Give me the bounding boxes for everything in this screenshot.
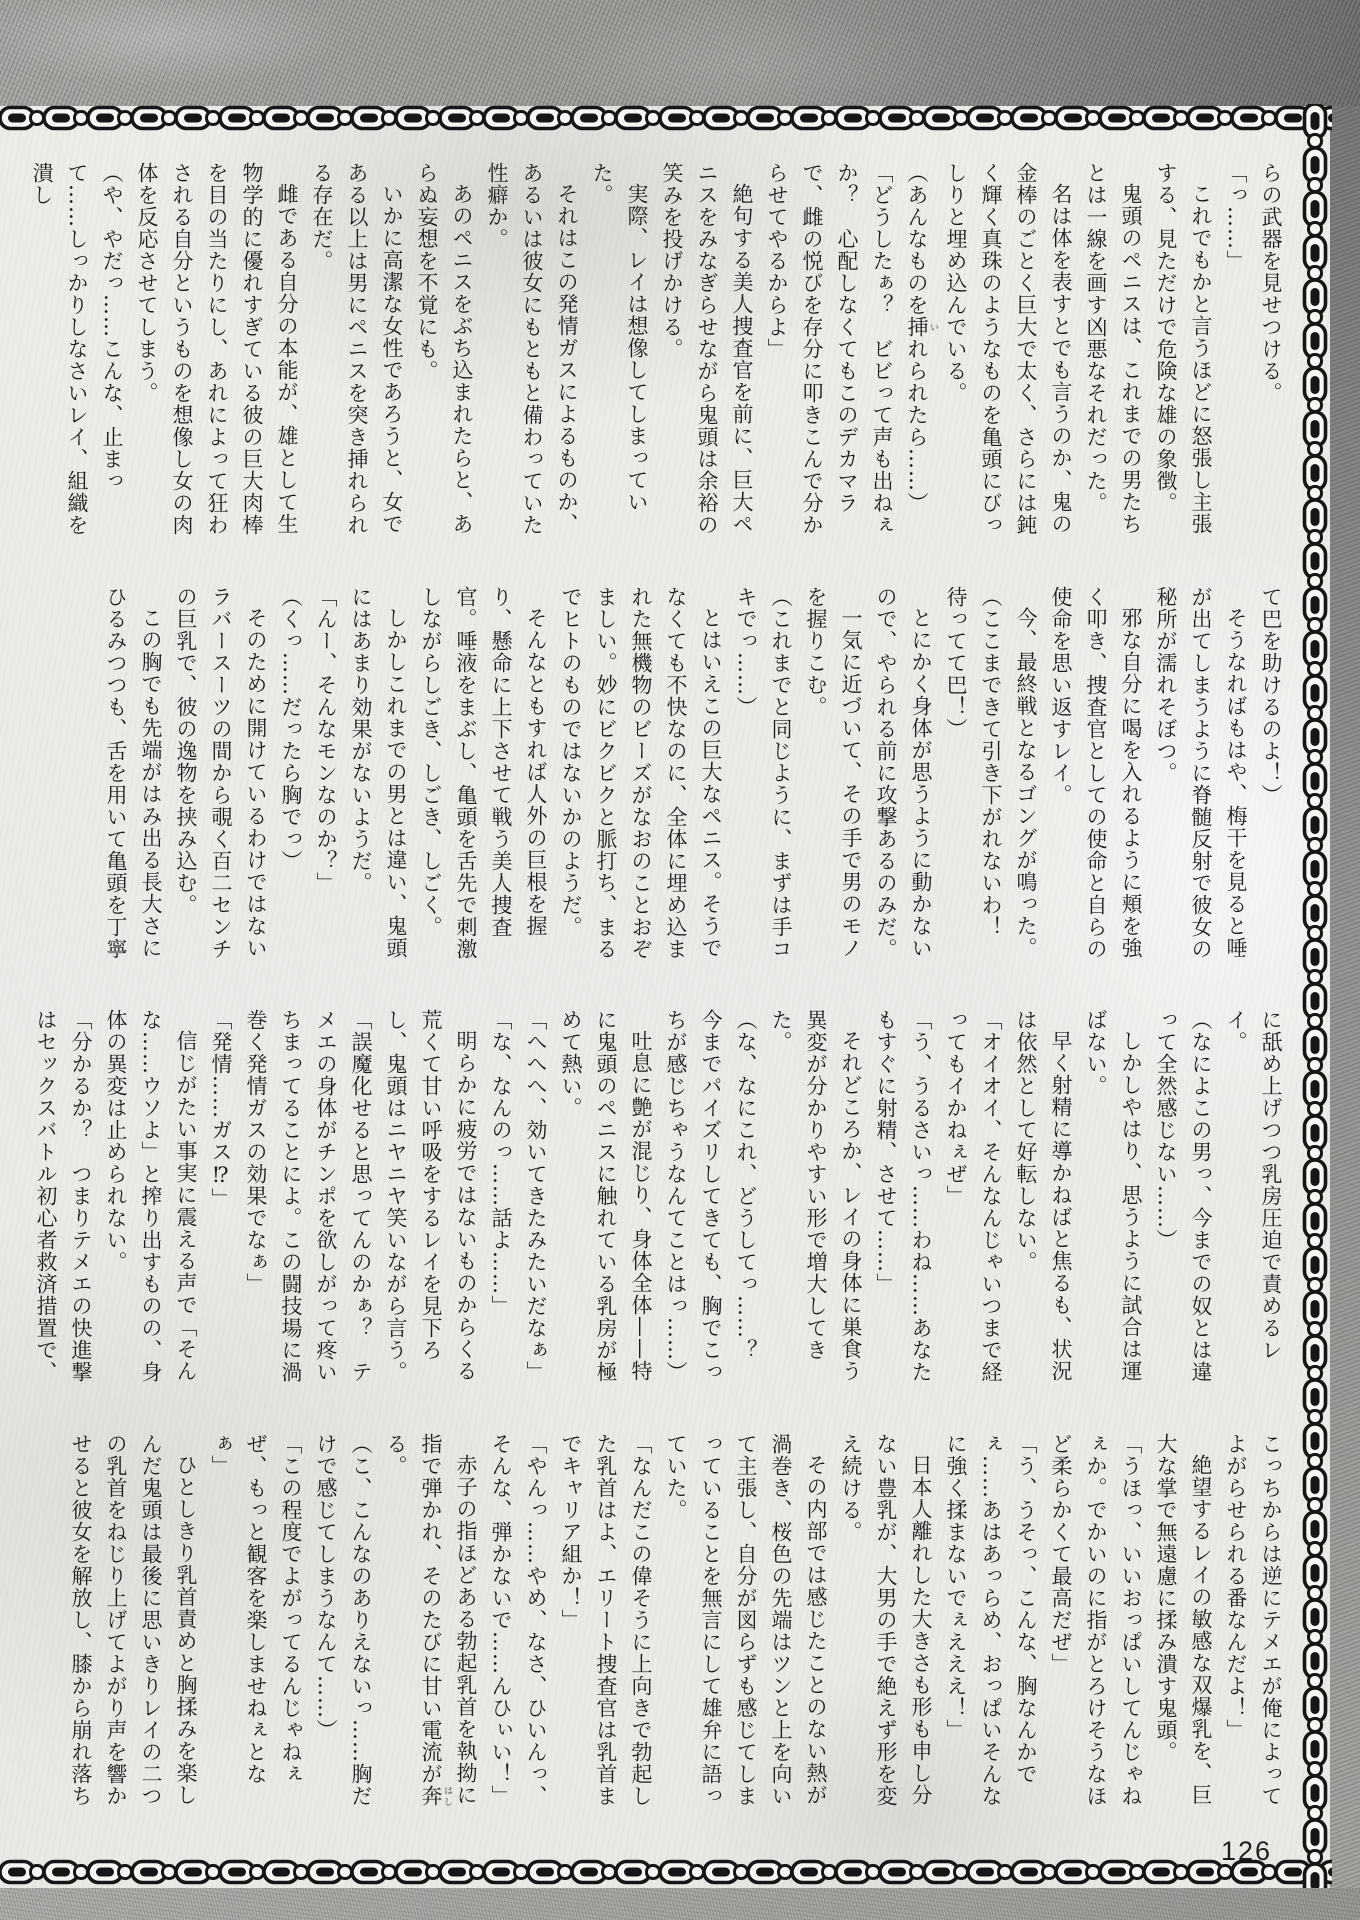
paragraph: 明らかに疲労ではないものからくる荒くて甘い呼吸をするレイを見下ろし、鬼頭はニヤニ… xyxy=(378,1009,483,1385)
paragraph: 「な、なんのっ……話よ……」 xyxy=(483,1009,518,1385)
paragraph: （あんなものを挿いれられたら……） xyxy=(899,162,938,538)
paragraph: 「どうしたぁ？ ビビって声も出ねぇか？ 心配しなくてもこのデカマラで、雌の悦びを… xyxy=(759,162,899,538)
paragraph: 実際、レイは想像してしまっていた。 xyxy=(584,162,654,538)
paragraph: 絶句する美人捜査官を前に、巨大ペニスをみなぎらせながら鬼頭は余裕の笑みを投げかけ… xyxy=(654,162,759,538)
paragraph: 「っ……」 xyxy=(1218,162,1253,538)
paragraph: ひとしきり乳首責めと胸揉みを楽しんだ鬼頭は最後に思いきりレイの二つの乳首をねじり… xyxy=(63,1433,203,1809)
paragraph: 「うほっ、いいおっぱいしてんじゃねぇか。でかいのに指がとろけそうなほど柔らかくて… xyxy=(1043,1433,1148,1809)
paragraph: 邪な自分に喝を入れるように頬を強く叩き、捜査官としての使命と自らの使命を思い返す… xyxy=(1043,586,1148,962)
paragraph: 吐息に艶が混じり、身体全体——特に鬼頭のペニスに触れている乳房が極めて熱い。 xyxy=(553,1009,658,1385)
paragraph: （ここまできて引き下がれないわ！ 待ってて巴！） xyxy=(938,586,1008,962)
paragraph: そうなればもはや、梅干を見ると唾が出てしまうように脊髄反射で彼女の秘所が濡れそぼ… xyxy=(1148,586,1253,962)
paragraph: （こ、こんなのありえないっ……胸だけで感じてしまうなんて……） xyxy=(308,1433,378,1809)
paragraph: 「へへへ、効いてきたみたいだなぁ」 xyxy=(518,1009,553,1385)
paragraph: 「誤魔化せると思ってんのかぁ？ テメエの身体がチンポを欲しがって疼いちまってるこ… xyxy=(238,1009,378,1385)
paragraph: とはいえこの巨大なペニス。そうでなくても不快なのに、全体に埋め込まれた無機物のビ… xyxy=(553,586,728,962)
paragraph: それどころか、レイの身体に巣食う異変が分かりやすい形で増大してきた。 xyxy=(763,1009,868,1385)
paragraph: （や、やだっ……こんな、止まって……しっかりしなさいレイ、組織を潰し xyxy=(24,162,129,538)
paragraph: 「う、うそっ、こんな、胸なんかでぇ……あはあっらめ、おっぱいそんなに強く揉まない… xyxy=(938,1433,1043,1809)
paragraph: 絶望するレイの敏感な双爆乳を、巨大な掌で無遠慮に揉み潰す鬼頭。 xyxy=(1148,1433,1218,1809)
paragraph: 早く射精に導かねばと焦るも、状況は依然として好転しない。 xyxy=(1008,1009,1078,1385)
paragraph: （なによこの男っ、今までの奴とは違って全然感じない……） xyxy=(1148,1009,1218,1385)
paragraph: とにかく身体が思うように動かないので、やられる前に攻撃あるのみだ。 xyxy=(868,586,938,962)
paragraph: そんなともすれば人外の巨根を握り、懸命に上下させて戦う美人捜査官。唾液をまぶし、… xyxy=(413,586,553,962)
paragraph: （これまでと同じように、まずは手コキでっ……） xyxy=(728,586,798,962)
paragraph: いかに高潔な女性であろうと、女である以上は男にペニスを突き挿れられる存在だ。 xyxy=(304,162,409,538)
paragraph: 「う、うるさいっ……わね……あなたもすぐに射精、させて……」 xyxy=(868,1009,938,1385)
paragraph: らの武器を見せつける。 xyxy=(1253,162,1288,538)
paragraph: て巴を助けるのよ！） xyxy=(1253,586,1288,962)
chain-border-top-icon xyxy=(0,104,1332,132)
paragraph: に舐め上げつつ乳房圧迫で責めるレイ。 xyxy=(1218,1009,1288,1385)
paragraph: 「発情……ガス⁉」 xyxy=(203,1009,238,1385)
paragraph: 名は体を表すとでも言うのか、鬼の金棒のごとく巨大で太く、さらには鈍く輝く真珠のよ… xyxy=(938,162,1078,538)
text-band-2: て巴を助けるのよ！）そうなればもはや、梅干を見ると唾が出てしまうように脊髄反射で… xyxy=(98,586,1288,962)
paragraph: 「なんだこの偉そうに上向きで勃起した乳首はよ、エリート捜査官は乳首までキャリア組… xyxy=(553,1433,658,1809)
text-band-3: に舐め上げつつ乳房圧迫で責めるレイ。（なによこの男っ、今までの奴とは違って全然感… xyxy=(28,1009,1288,1385)
paragraph: そのために開けているわけではないラバースーツの間から覗く百二センチの巨乳で、彼の… xyxy=(168,586,273,962)
scanned-book-page: { "page": { "number": "126", "bands": [ … xyxy=(0,0,1360,1920)
paragraph: 「この程度でよがってるんじゃねぇぜ、もっと観客を楽しませねぇとなぁ」 xyxy=(203,1433,308,1809)
text-band-1: らの武器を見せつける。「っ……」これでもかと言うほどに怒張し主張する、見ただけで… xyxy=(24,162,1288,538)
paragraph: あのペニスをぶち込まれたらと、あらぬ妄想を不覚にも。 xyxy=(409,162,479,538)
paragraph: しかしこれまでの男とは違い、鬼頭にはあまり効果がないようだ。 xyxy=(343,586,413,962)
paragraph: 信じがたい事実に震える声で「そんな……ウソよ」と搾り出すものの、身体の異変は止め… xyxy=(98,1009,203,1385)
scan-edge-texture-bottom xyxy=(0,1888,1360,1920)
paragraph: 「やんっ……やめ、なさ、ひいんっ、そんな、弾かないで……んひぃい！」 xyxy=(483,1433,553,1809)
paragraph: 今、最終戦となるゴングが鳴った。 xyxy=(1008,586,1043,962)
paragraph: しかしやはり、思うように試合は運ばない。 xyxy=(1078,1009,1148,1385)
paragraph: それはこの発情ガスによるものか、あるいは彼女にもともと備わっていた性癖か。 xyxy=(479,162,584,538)
paragraph: 一気に近づいて、その手で男のモノを握りこむ。 xyxy=(798,586,868,962)
paragraph: 「分かるか？ つまりテメエの快進撃はセックスバトル初心者救済措置で、 xyxy=(28,1009,98,1385)
paragraph: 「オイオイ、そんなんじゃいつまで経ってもイかねぇぜ」 xyxy=(938,1009,1008,1385)
paragraph: 鬼頭のペニスは、これまでの男たちとは一線を画す凶悪なそれだった。 xyxy=(1078,162,1148,538)
paragraph: 日本人離れした大きさも形も申し分ない豊乳が、大男の手で絶えず形を変え続ける。 xyxy=(833,1433,938,1809)
paragraph: 「んー、そんなモンなのか？」 xyxy=(308,586,343,962)
paragraph: こっちからは逆にテメエが俺によってよがらせられる番なんだよ！」 xyxy=(1218,1433,1288,1809)
paragraph: これでもかと言うほどに怒張し主張する、見ただけで危険な雄の象徴。 xyxy=(1148,162,1218,538)
paragraph: （な、なにこれ、どうしてっ……？ 今までパイズリしてきても、胸でこっちが感じちゃ… xyxy=(658,1009,763,1385)
scan-edge-texture-right xyxy=(1330,106,1360,1890)
chain-border-right-icon xyxy=(1301,104,1329,1888)
scan-edge-texture-top xyxy=(0,0,1360,106)
paragraph: この胸でも先端がはみ出る長大さにひるみつつも、舌を用いて亀頭を丁寧 xyxy=(98,586,168,962)
text-band-4: こっちからは逆にテメエが俺によってよがらせられる番なんだよ！」絶望するレイの敏感… xyxy=(63,1433,1288,1809)
paragraph: 雌である自分の本能が、雄として生物学的に優れすぎている彼の巨大肉棒を目の当たりに… xyxy=(129,162,304,538)
paragraph: その内部では感じたことのない熱が渦巻き、桜色の先端はツンと上を向いて主張し、自分… xyxy=(658,1433,833,1809)
chain-border-bottom-icon xyxy=(0,1858,1332,1886)
paragraph: 赤子の指ほどある勃起乳首を執拗に指で弾かれ、そのたびに甘い電流が奔はしる。 xyxy=(378,1433,483,1809)
paragraph: （くっ……だったら胸でっ） xyxy=(273,586,308,962)
